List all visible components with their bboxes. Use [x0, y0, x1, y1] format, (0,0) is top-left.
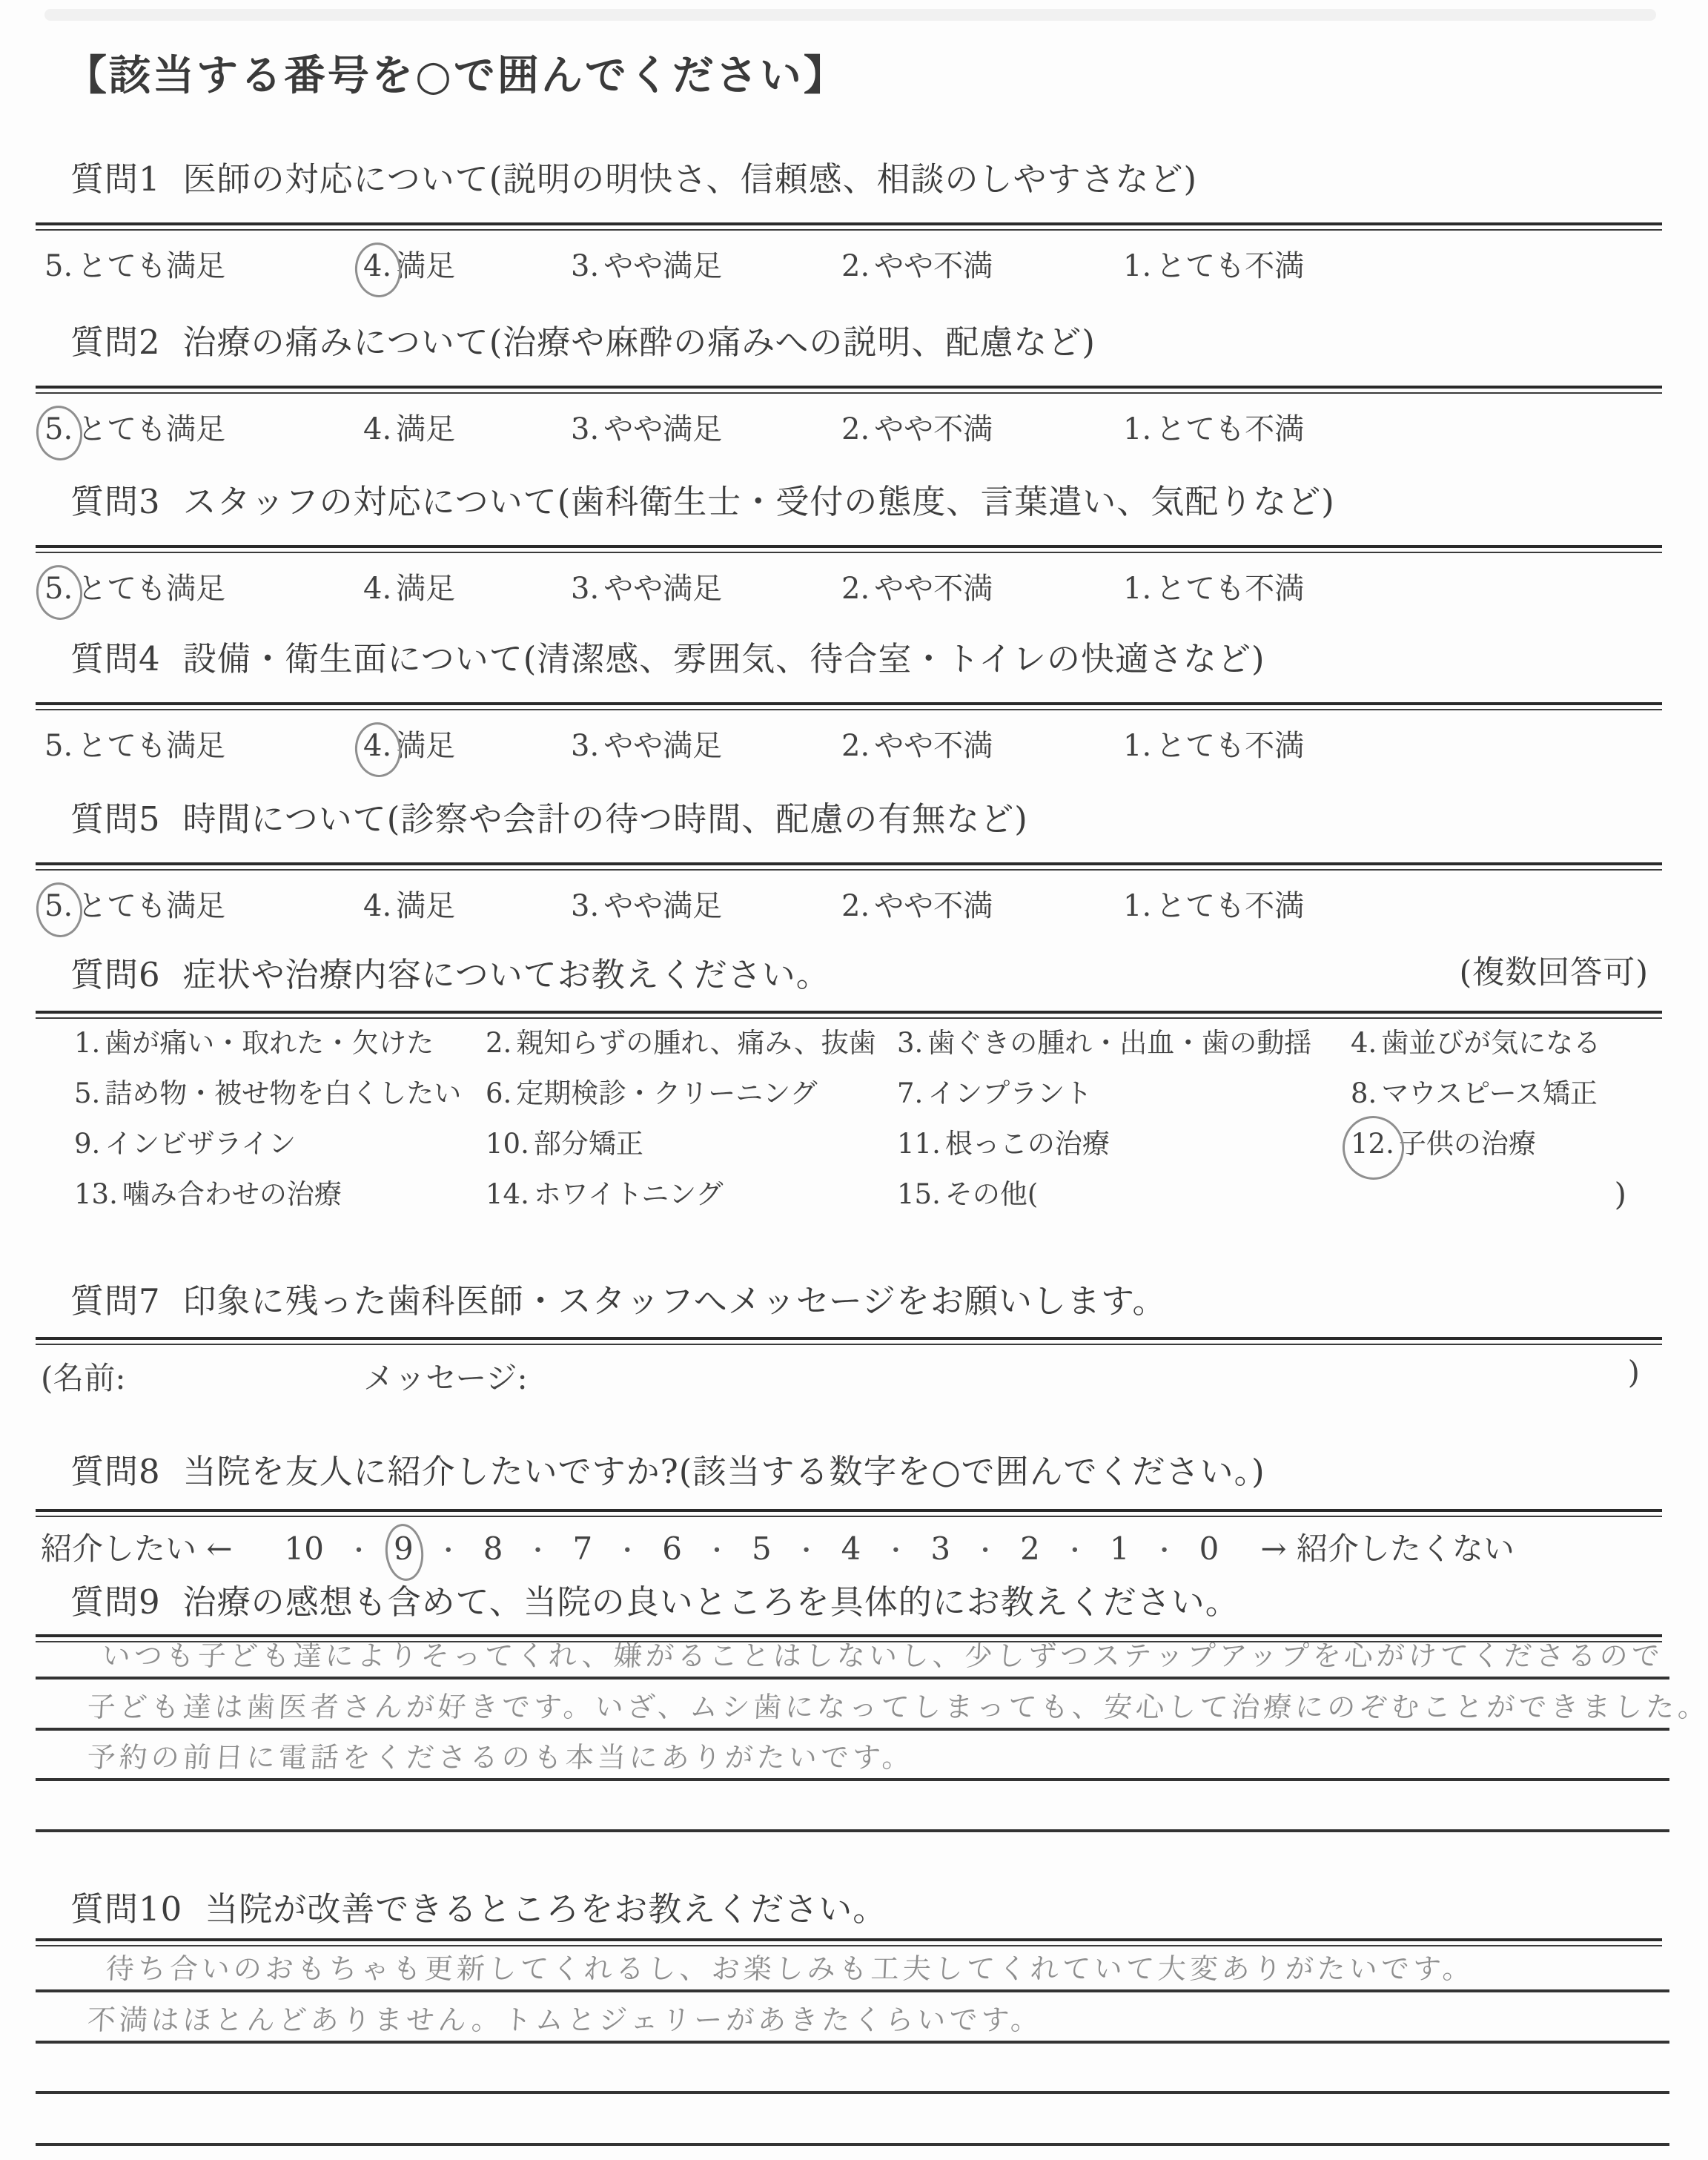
question-header: 質問10当院が改善できるところをお教えください。	[70, 1882, 1656, 1930]
option-label: 子供の治療	[1399, 1128, 1536, 1160]
option-satisfied: 4.満足	[363, 722, 571, 764]
option-very-dissatisfied: 1.とても不満	[1123, 722, 1304, 764]
option-label: やや満足	[603, 729, 722, 763]
option-somewhat-satisfied: 3.やや満足	[571, 242, 841, 285]
dot-separator: ・	[973, 1530, 998, 1567]
scan-artifact	[44, 9, 1656, 21]
handwriting-text: 子ども達は歯医者さんが好きです。いざ、ムシ歯になってしまっても、安心して治療にの…	[87, 1684, 1708, 1725]
question-header: 質問5時間について(診察や会計の待つ時間、配慮の有無など)	[70, 792, 1656, 840]
option-label: インプラント	[927, 1077, 1092, 1109]
option-label: やや不満	[874, 412, 993, 446]
option-very-dissatisfied: 1.とても不満	[1123, 882, 1304, 925]
question-topic: スタッフの対応について(歯科衛生士・受付の態度、言葉遣い、気配りなど)	[183, 482, 1335, 521]
question-block-q2: 質問2治療の痛みについて(治療や麻酔の痛みへの説明、配慮など) 5.とても満足4…	[0, 315, 1708, 478]
option-number: 1.	[1123, 889, 1151, 923]
option-very-dissatisfied: 1.とても不満	[1123, 242, 1304, 285]
option-label: 満足	[396, 249, 455, 283]
dot-separator: ・	[346, 1530, 371, 1567]
option-label: とても不満	[1156, 729, 1304, 763]
dot-separator: ・	[525, 1530, 550, 1567]
option-number: 3.	[571, 572, 599, 606]
option-number: 1.	[74, 1022, 100, 1065]
write-line	[36, 1787, 1669, 1832]
option-number: 3.	[897, 1022, 923, 1065]
symptom-option: 10.部分矯正	[486, 1123, 897, 1173]
symptom-option: 5.詰め物・被せ物を白くしたい	[74, 1072, 486, 1123]
message-field-label: メッセージ:	[363, 1354, 528, 1398]
scale-number: 7	[572, 1530, 592, 1567]
handwriting-text: 予約の前日に電話をくださるのも本当にありがたいです。	[87, 1734, 916, 1775]
option-number: 4.	[1351, 1022, 1377, 1065]
option-very-satisfied: 5.とても満足	[44, 882, 363, 925]
option-number: 1.	[1123, 249, 1151, 283]
symptom-option: 1.歯が痛い・取れた・欠けた	[74, 1022, 486, 1072]
option-satisfied: 4.満足	[363, 406, 571, 448]
header-rule	[36, 1011, 1662, 1019]
dot-separator: ・	[1152, 1530, 1177, 1567]
other-close-paren: )	[1351, 1173, 1662, 1223]
option-label: やや満足	[603, 889, 722, 923]
scale-number: 5	[752, 1530, 772, 1567]
option-label: やや不満	[874, 729, 993, 763]
scale-number: 1	[1110, 1530, 1130, 1567]
symptom-option: 2.親知らずの腫れ、痛み、抜歯	[486, 1022, 897, 1072]
option-number: 4.	[363, 729, 391, 763]
symptom-option: 12.子供の治療	[1351, 1123, 1662, 1173]
option-somewhat-satisfied: 3.やや満足	[571, 565, 841, 607]
header-rule	[36, 386, 1662, 394]
option-label: 詰め物・被せ物を白くしたい	[105, 1077, 461, 1109]
option-label: 噛み合わせの治療	[122, 1178, 342, 1210]
question-header: 質問4設備・衛生面について(清潔感、雰囲気、待合室・トイレの快適さなど)	[70, 632, 1656, 680]
name-field-label: (名前:	[41, 1354, 126, 1398]
question-topic: 設備・衛生面について(清潔感、雰囲気、待合室・トイレの快適さなど)	[183, 639, 1265, 678]
option-label: やや満足	[603, 412, 722, 446]
question-block-q10: 質問10当院が改善できるところをお教えください。 待ち合いのおもちゃも更新してく…	[0, 1882, 1708, 2156]
dot-separator: ・	[794, 1530, 819, 1567]
option-label: 満足	[396, 729, 455, 763]
option-label: 親知らずの腫れ、痛み、抜歯	[516, 1027, 875, 1059]
option-label: マウスピース矯正	[1381, 1077, 1598, 1109]
option-number: 3.	[571, 889, 599, 923]
option-satisfied: 4.満足	[363, 565, 571, 607]
question-topic: 治療の痛みについて(治療や麻酔の痛みへの説明、配慮など)	[183, 323, 1096, 362]
symptom-option: 9.インビザライン	[74, 1123, 486, 1173]
option-number: 6.	[486, 1072, 512, 1115]
dot-separator: ・	[1062, 1530, 1088, 1567]
option-label: 満足	[396, 572, 455, 606]
symptom-option: 7.インプラント	[897, 1072, 1351, 1123]
options-row: 5.とても満足4.満足3.やや満足2.やや不満1.とても不満	[44, 722, 1662, 764]
question-topic: 時間について(診察や会計の待つ時間、配慮の有無など)	[183, 799, 1028, 839]
header-rule	[36, 1509, 1662, 1517]
close-paren: )	[1628, 1354, 1640, 1390]
option-label: 定期検診・クリーニング	[516, 1077, 817, 1109]
not-recommend-label: → 紹介したくない	[1260, 1525, 1515, 1569]
question-block-q3: 質問3スタッフの対応について(歯科衛生士・受付の態度、言葉遣い、気配りなど) 5…	[0, 475, 1708, 638]
option-label: やや満足	[603, 572, 722, 606]
symptom-option: 4.歯並びが気になる	[1351, 1022, 1662, 1072]
symptom-option: 8.マウスピース矯正	[1351, 1072, 1662, 1123]
option-somewhat-dissatisfied: 2.やや不満	[841, 722, 1123, 764]
question-block-q6: 質問6症状や治療内容についてお教えください。 (複数回答可) 1.歯が痛い・取れ…	[0, 948, 1708, 1244]
recommend-label: 紹介したい ←	[41, 1525, 233, 1569]
option-very-satisfied: 5.とても満足	[44, 406, 363, 448]
option-number: 5.	[44, 889, 73, 923]
scale-number: 9	[394, 1530, 414, 1567]
question-label: 質問10	[70, 1889, 182, 1929]
option-number: 3.	[571, 729, 599, 763]
question-label: 質問1	[70, 159, 161, 199]
handwriting-text: いつも子ども達によりそってくれ、嫌がることはしないし、少しずつステップアップを心…	[102, 1633, 1665, 1674]
question-label: 質問4	[70, 639, 161, 678]
name-message-row: (名前: メッセージ: )	[41, 1354, 1662, 1398]
handwriting-text: 待ち合いのおもちゃも更新してくれるし、お楽しみも工夫してくれていて大変ありがたい…	[105, 1946, 1476, 1986]
option-label: やや不満	[874, 572, 993, 606]
option-label: とても不満	[1156, 249, 1304, 283]
question-block-q7: 質問7印象に残った歯科医師・スタッフへメッセージをお願いします。 (名前: メッ…	[0, 1274, 1708, 1437]
header-rule	[36, 545, 1662, 553]
option-label: やや満足	[603, 249, 722, 283]
question-label: 質問5	[70, 799, 161, 839]
scale-number: 0	[1199, 1530, 1219, 1567]
question-header: 質問3スタッフの対応について(歯科衛生士・受付の態度、言葉遣い、気配りなど)	[70, 475, 1656, 523]
question-header: 質問7印象に残った歯科医師・スタッフへメッセージをお願いします。	[70, 1274, 1656, 1322]
options-row: 5.とても満足4.満足3.やや満足2.やや不満1.とても不満	[44, 242, 1662, 285]
option-label: 満足	[396, 412, 455, 446]
write-line	[36, 2101, 1669, 2146]
option-label: 満足	[396, 889, 455, 923]
symptom-option: 3.歯ぐきの腫れ・出血・歯の動揺	[897, 1022, 1351, 1072]
option-number: 5.	[44, 572, 73, 606]
symptom-option: 11.根っこの治療	[897, 1123, 1351, 1173]
option-somewhat-satisfied: 3.やや満足	[571, 882, 841, 925]
write-line: いつも子ども達によりそってくれ、嫌がることはしないし、少しずつステップアップを心…	[36, 1634, 1669, 1680]
option-number: 4.	[363, 889, 391, 923]
option-number: 13.	[74, 1173, 118, 1216]
question-block-q9: 質問9治療の感想も含めて、当院の良いところを具体的にお教えください。 いつも子ど…	[0, 1575, 1708, 1842]
write-line: 不満はほとんどありません。トムとジェリーがあきたくらいです。	[36, 1998, 1669, 2044]
option-very-satisfied: 5.とても満足	[44, 242, 363, 285]
option-number: 7.	[897, 1072, 923, 1115]
option-number: 4.	[363, 412, 391, 446]
page-title: 【該当する番号を○で囲んでください】	[65, 43, 847, 102]
option-somewhat-satisfied: 3.やや満足	[571, 406, 841, 448]
symptom-option: 6.定期検診・クリーニング	[486, 1072, 897, 1123]
option-number: 4.	[363, 572, 391, 606]
option-label: とても満足	[77, 729, 225, 763]
option-label: 根っこの治療	[945, 1128, 1110, 1160]
option-somewhat-satisfied: 3.やや満足	[571, 722, 841, 764]
option-very-satisfied: 5.とても満足	[44, 565, 363, 607]
option-label: やや不満	[874, 249, 993, 283]
question-header: 質問9治療の感想も含めて、当院の良いところを具体的にお教えください。	[70, 1575, 1656, 1623]
option-label: とても満足	[77, 572, 225, 606]
symptom-option: 14.ホワイトニング	[486, 1173, 897, 1223]
option-number: 10.	[486, 1123, 529, 1166]
dot-separator: ・	[436, 1530, 461, 1567]
options-row: 5.とても満足4.満足3.やや満足2.やや不満1.とても不満	[44, 565, 1662, 607]
question-label: 質問6	[70, 955, 161, 994]
option-number: 4.	[363, 249, 391, 283]
option-satisfied: 4.満足	[363, 242, 571, 285]
header-rule	[36, 1337, 1662, 1345]
option-label: とても満足	[77, 249, 225, 283]
option-label: インビザライン	[105, 1128, 296, 1160]
option-number: 5.	[44, 412, 73, 446]
option-number: 5.	[74, 1072, 100, 1115]
question-label: 質問7	[70, 1281, 161, 1321]
option-label: とても不満	[1156, 572, 1304, 606]
question-label: 質問2	[70, 323, 161, 362]
option-very-dissatisfied: 1.とても不満	[1123, 565, 1304, 607]
dot-separator: ・	[704, 1530, 729, 1567]
option-label: 歯ぐきの腫れ・出血・歯の動揺	[927, 1027, 1311, 1059]
option-number: 3.	[571, 249, 599, 283]
option-somewhat-dissatisfied: 2.やや不満	[841, 565, 1123, 607]
dot-separator: ・	[883, 1530, 908, 1567]
question-topic: 印象に残った歯科医師・スタッフへメッセージをお願いします。	[183, 1281, 1167, 1321]
option-number: 9.	[74, 1123, 100, 1166]
scale-number: 4	[841, 1530, 861, 1567]
option-number: 2.	[841, 572, 870, 606]
option-number: 5.	[44, 729, 73, 763]
option-number: 2.	[841, 889, 870, 923]
option-label: 歯が痛い・取れた・欠けた	[105, 1027, 434, 1059]
question-topic: 症状や治療内容についてお教えください。	[183, 955, 830, 994]
option-satisfied: 4.満足	[363, 882, 571, 925]
symptom-option: 13.噛み合わせの治療	[74, 1173, 486, 1223]
write-line	[36, 2049, 1669, 2094]
option-label: とても不満	[1156, 412, 1304, 446]
symptom-option-other: 15.その他(	[897, 1173, 1351, 1223]
question-block-q5: 質問5時間について(診察や会計の待つ時間、配慮の有無など) 5.とても満足4.満…	[0, 792, 1708, 955]
question-header: 質問1医師の対応について(説明の明快さ、信頼感、相談のしやすさなど)	[70, 152, 1656, 200]
multiple-answers-note: (複数回答可)	[1459, 948, 1649, 993]
option-number: 8.	[1351, 1072, 1377, 1115]
options-row: 5.とても満足4.満足3.やや満足2.やや不満1.とても不満	[44, 882, 1662, 925]
option-number: 15.	[897, 1173, 941, 1216]
header-rule	[36, 222, 1662, 231]
question-label: 質問3	[70, 482, 161, 521]
scale-number: 8	[483, 1530, 503, 1567]
question-header: 質問2治療の痛みについて(治療や麻酔の痛みへの説明、配慮など)	[70, 315, 1656, 363]
question-topic: 治療の感想も含めて、当院の良いところを具体的にお教えください。	[183, 1582, 1239, 1622]
options-row: 5.とても満足4.満足3.やや満足2.やや不満1.とても不満	[44, 406, 1662, 448]
question-header: 質問6症状や治療内容についてお教えください。 (複数回答可)	[70, 948, 1656, 996]
option-label: とても満足	[77, 412, 225, 446]
option-number: 2.	[841, 729, 870, 763]
scale-number: 3	[930, 1530, 950, 1567]
option-number: 14.	[486, 1173, 529, 1216]
option-number: 1.	[1123, 572, 1151, 606]
option-number: 11.	[897, 1123, 941, 1166]
option-number: 1.	[1123, 729, 1151, 763]
write-line: 予約の前日に電話をくださるのも本当にありがたいです。	[36, 1736, 1669, 1781]
question-block-q1: 質問1医師の対応について(説明の明快さ、信頼感、相談のしやすさなど) 5.とても…	[0, 152, 1708, 315]
option-very-satisfied: 5.とても満足	[44, 722, 363, 764]
option-label: 部分矯正	[534, 1128, 643, 1160]
option-somewhat-dissatisfied: 2.やや不満	[841, 406, 1123, 448]
option-number: 12.	[1351, 1123, 1394, 1166]
option-very-dissatisfied: 1.とても不満	[1123, 406, 1304, 448]
option-number: 2.	[841, 412, 870, 446]
option-number: 2.	[841, 249, 870, 283]
option-label: ホワイトニング	[534, 1178, 724, 1210]
option-label: 歯並びが気になる	[1381, 1027, 1601, 1059]
question-topic: 当院が改善できるところをお教えください。	[205, 1889, 887, 1929]
scale-number: 6	[662, 1530, 682, 1567]
nps-scale-row: 紹介したい ← 10・ 9・ 8・ 7・ 6・ 5・ 4・ 3・ 2・ 1・ 0…	[41, 1525, 1671, 1569]
question-header: 質問8当院を友人に紹介したいですか?(該当する数字を○で囲んでください。)	[70, 1444, 1656, 1493]
question-topic: 当院を友人に紹介したいですか?(該当する数字を○で囲んでください。)	[183, 1452, 1265, 1491]
symptom-options-grid: 1.歯が痛い・取れた・欠けた 2.親知らずの腫れ、痛み、抜歯 3.歯ぐきの腫れ・…	[74, 1022, 1662, 1223]
option-number: 3.	[571, 412, 599, 446]
option-somewhat-dissatisfied: 2.やや不満	[841, 242, 1123, 285]
dot-separator: ・	[615, 1530, 640, 1567]
option-number: 2.	[486, 1022, 512, 1065]
write-line: 待ち合いのおもちゃも更新してくれるし、お楽しみも工夫してくれていて大変ありがたい…	[36, 1947, 1669, 1992]
option-label: やや不満	[874, 889, 993, 923]
question-label: 質問8	[70, 1452, 161, 1491]
option-somewhat-dissatisfied: 2.やや不満	[841, 882, 1123, 925]
option-label: とても不満	[1156, 889, 1304, 923]
option-label: とても満足	[77, 889, 225, 923]
header-rule	[36, 862, 1662, 871]
scale-number: 10	[285, 1530, 324, 1567]
header-rule	[36, 702, 1662, 710]
question-label: 質問9	[70, 1582, 161, 1622]
option-label: その他(	[945, 1178, 1038, 1210]
option-number: 5.	[44, 249, 73, 283]
scanned-survey-page: 【該当する番号を○で囲んでください】 質問1医師の対応について(説明の明快さ、信…	[0, 0, 1708, 2160]
handwriting-text: 不満はほとんどありません。トムとジェリーがあきたくらいです。	[87, 1997, 1044, 2038]
option-number: 1.	[1123, 412, 1151, 446]
write-line: 子ども達は歯医者さんが好きです。いざ、ムシ歯になってしまっても、安心して治療にの…	[36, 1685, 1669, 1731]
question-topic: 医師の対応について(説明の明快さ、信頼感、相談のしやすさなど)	[183, 159, 1197, 199]
question-block-q4: 質問4設備・衛生面について(清潔感、雰囲気、待合室・トイレの快適さなど) 5.と…	[0, 632, 1708, 795]
scale-number: 2	[1020, 1530, 1040, 1567]
